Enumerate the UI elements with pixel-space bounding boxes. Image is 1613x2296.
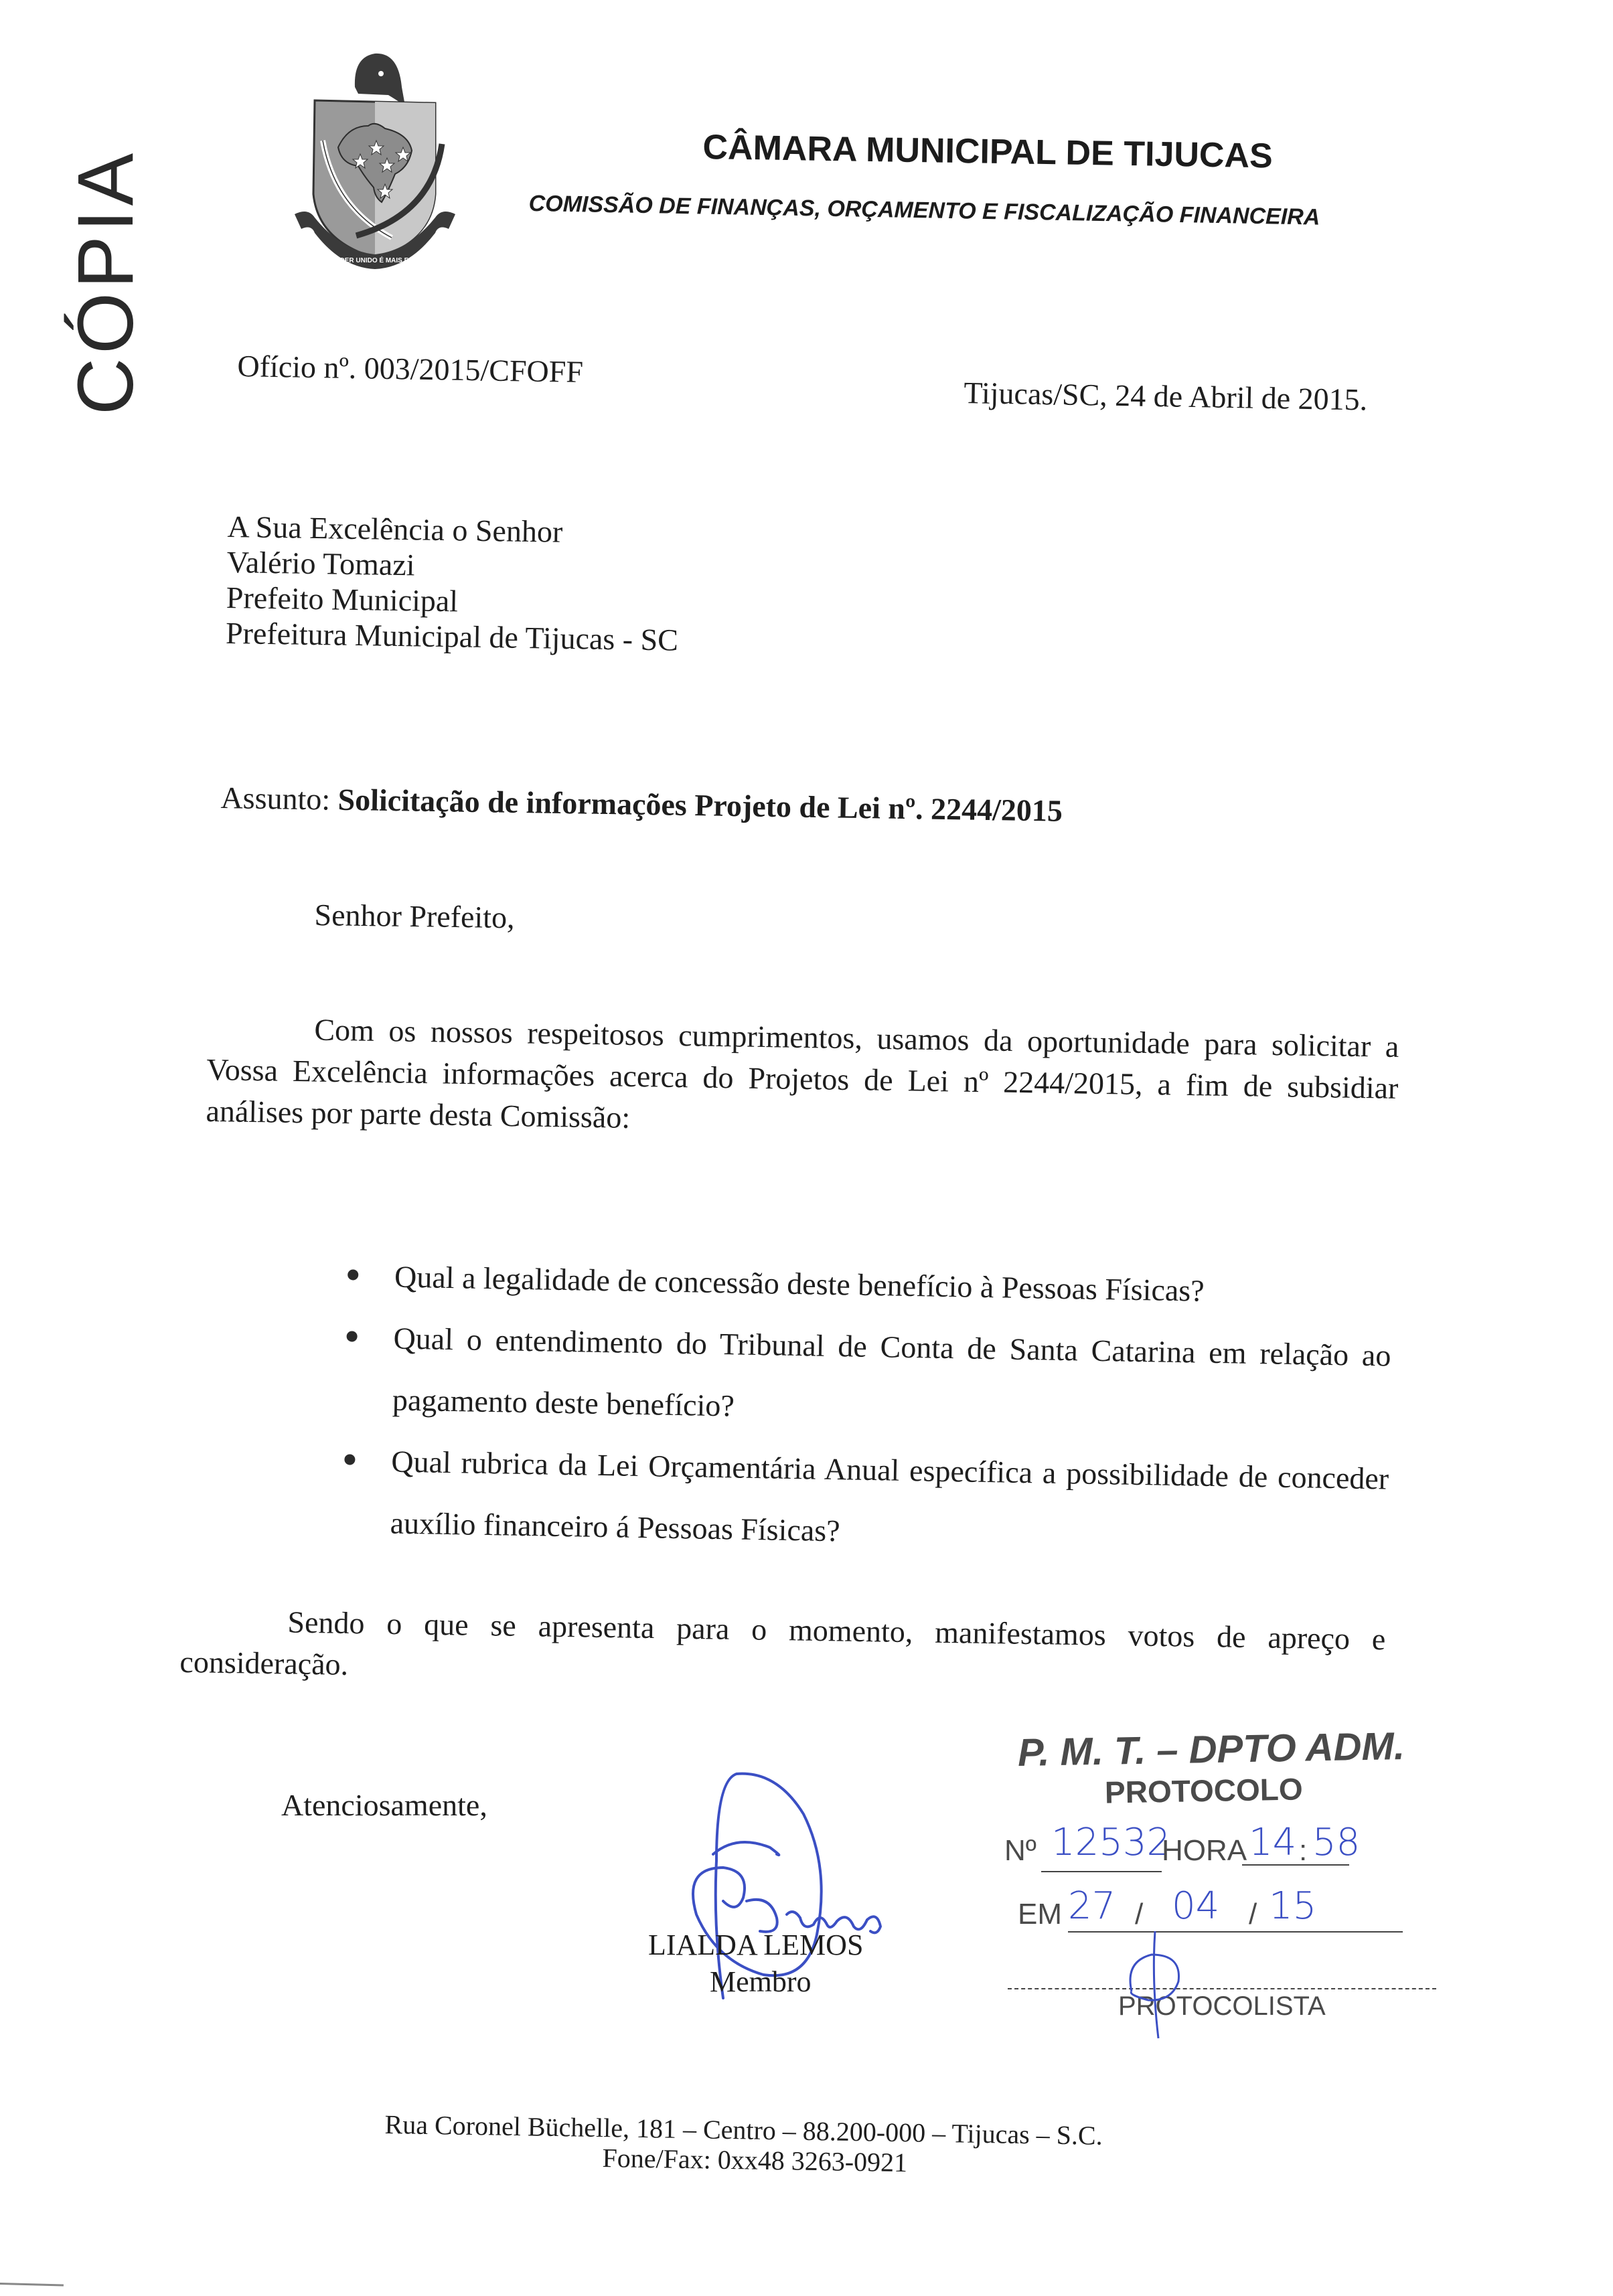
committee-name: COMISSÃO DE FINANÇAS, ORÇAMENTO E FISCAL… — [528, 191, 1320, 231]
subject-text: Solicitação de informações Projeto de Le… — [337, 783, 1063, 828]
svg-text:O PODER UNIDO É MAIS FORTE: O PODER UNIDO É MAIS FORTE — [323, 256, 427, 264]
signer-role: Membro — [710, 1965, 812, 1999]
institution-name: CÂMARA MUNICIPAL DE TIJUCAS — [702, 127, 1273, 176]
stamp-time-label: HORA — [1162, 1834, 1247, 1868]
municipal-crest-icon: O PODER UNIDO É MAIS FORTE — [275, 47, 475, 274]
signer-name: LIALDA LEMOS — [648, 1928, 863, 1962]
stamp-year: 15 — [1269, 1884, 1316, 1928]
stamp-number-value: 12532 — [1051, 1821, 1170, 1864]
bullet-icon — [348, 1269, 358, 1280]
farewell: Atenciosamente, — [281, 1787, 487, 1823]
place-date: Tijucas/SC, 24 de Abril de 2015. — [964, 375, 1368, 418]
protocolist-signature-icon — [1118, 1928, 1205, 2042]
stamp-day: 27 — [1068, 1884, 1116, 1928]
stamp-minute: 58 — [1312, 1821, 1360, 1864]
question-list: Qual a legalidade de concessão deste ben… — [329, 1245, 1393, 1572]
footer-phone: Fone/Fax: 0xx48 3263-0921 — [602, 2142, 907, 2178]
subject-label: Assunto: — [220, 781, 330, 817]
closing-paragraph: Sendo o que se apresenta para o momento,… — [179, 1600, 1386, 1702]
stamp-title: P. M. T. – DPTO ADM. — [1017, 1724, 1405, 1775]
body-paragraph: Com os nossos respeitosos cumprimentos, … — [206, 1007, 1399, 1151]
stamp-month: 04 — [1172, 1884, 1219, 1928]
recipient-organization: Prefeitura Municipal de Tijucas - SC — [226, 615, 679, 658]
bullet-icon — [344, 1454, 355, 1465]
recipient-block: A Sua Excelência o Senhor Valério Tomazi… — [226, 509, 680, 658]
stamp-number-row: Nº — [1004, 1834, 1036, 1868]
question-item: Qual o entendimento do Tribunal de Conta… — [331, 1307, 1391, 1449]
bullet-icon — [346, 1331, 357, 1341]
subject-line: Assunto: Solicitação de informações Proj… — [220, 780, 1063, 829]
protocol-stamp: P. M. T. – DPTO ADM. PROTOCOLO Nº 12532 … — [984, 1727, 1466, 2042]
scan-edge-mark — [0, 2283, 64, 2286]
salutation: Senhor Prefeito, — [314, 897, 515, 935]
stamp-hour: 14 — [1249, 1821, 1296, 1864]
copy-stamp: CÓPIA — [60, 149, 151, 415]
body-text: Com os nossos respeitosos cumprimentos, … — [206, 1007, 1399, 1151]
closing-text: Sendo o que se apresenta para o momento,… — [179, 1600, 1386, 1702]
stamp-date-label: EM — [1018, 1898, 1062, 1931]
question-item: Qual rubrica da Lei Orçamentária Anual e… — [329, 1430, 1389, 1572]
office-number: Ofício nº. 003/2015/CFOFF — [237, 348, 583, 390]
stamp-subtitle: PROTOCOLO — [1105, 1771, 1304, 1810]
